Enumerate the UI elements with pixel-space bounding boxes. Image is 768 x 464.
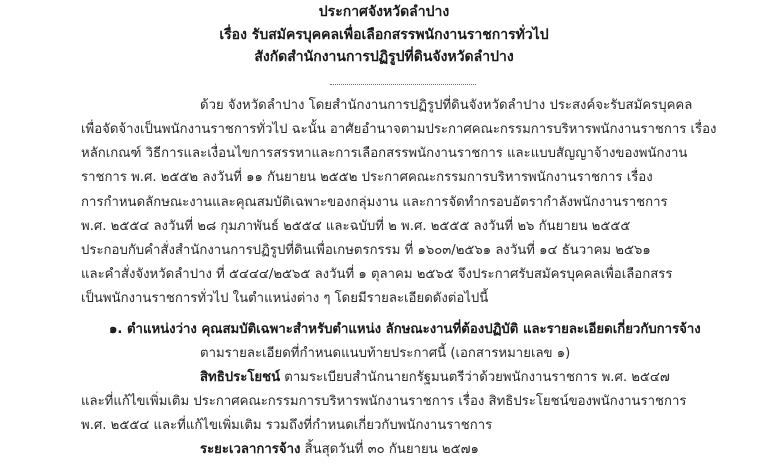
- paragraph-line: พ.ศ. ๒๕๕๔ ลงวันที่ ๒๘ กุมภาพันธ์ ๒๕๕๔ แล…: [81, 217, 630, 237]
- announcement-agency: สังกัดสำนักงานการปฏิรูปที่ดินจังหวัดลำปา…: [0, 47, 768, 67]
- benefits-line-2: และที่แก้ไขเพิ่มเติม ประกาศคณะกรรมการบริ…: [81, 392, 686, 412]
- paragraph-line: เป็นพนักงานราชการทั่วไป ในตำแหน่งต่าง ๆ …: [81, 289, 488, 309]
- section-1-detail: ตามรายละเอียดที่กำหนดแนบท้ายประกาศนี้ (เ…: [200, 344, 570, 364]
- dotted-separator: [330, 84, 476, 85]
- announcement-subject: เรื่อง รับสมัครบุคคลเพื่อเลือกสรรพนักงาน…: [0, 25, 768, 45]
- employment-period-line: ระยะเวลาการจ้าง สิ้นสุดวันที่ ๓๐ กันยายน…: [200, 440, 479, 460]
- paragraph-line: และคำสั่งจังหวัดลำปาง ที่ ๕๔๔๔/๒๕๖๕ ลงวั…: [81, 265, 672, 285]
- benefits-label: สิทธิประโยชน์: [200, 370, 280, 385]
- paragraph-line: ราชการ พ.ศ. ๒๕๕๒ ลงวันที่ ๑๑ กันยายน ๒๕๕…: [81, 168, 653, 188]
- benefits-line-3: พ.ศ. ๒๕๕๔ และที่แก้ไขเพิ่มเติม รวมถึงที่…: [81, 416, 492, 436]
- period-text: สิ้นสุดวันที่ ๓๐ กันยายน ๒๕๗๑: [300, 442, 478, 457]
- paragraph-line: เพื่อจัดจ้างเป็นพนักงานราชการทั่วไป ฉะนั…: [81, 120, 716, 140]
- paragraph-line: ประกอบกับคำสั่งสำนักงานการปฏิรูปที่ดินเพ…: [81, 241, 651, 261]
- paragraph-line: การกำหนดลักษณะงานและคุณสมบัติเฉพาะของกลุ…: [81, 193, 668, 213]
- benefits-text: ตามระเบียบสำนักนายกรัฐมนตรีว่าด้วยพนักงา…: [280, 370, 670, 385]
- period-label: ระยะเวลาการจ้าง: [200, 442, 300, 457]
- paragraph-line: ด้วย จังหวัดลำปาง โดยสำนักงานการปฏิรูปที…: [200, 96, 692, 116]
- section-1-heading: ๑. ตำแหน่งว่าง คุณสมบัติเฉพาะสำหรับตำแหน…: [109, 320, 701, 340]
- paragraph-line: หลักเกณฑ์ วิธีการและเงื่อนไขการสรรหาและก…: [81, 144, 687, 164]
- benefits-line: สิทธิประโยชน์ ตามระเบียบสำนักนายกรัฐมนตร…: [200, 368, 670, 388]
- announcement-title: ประกาศจังหวัดลำปาง: [0, 2, 768, 22]
